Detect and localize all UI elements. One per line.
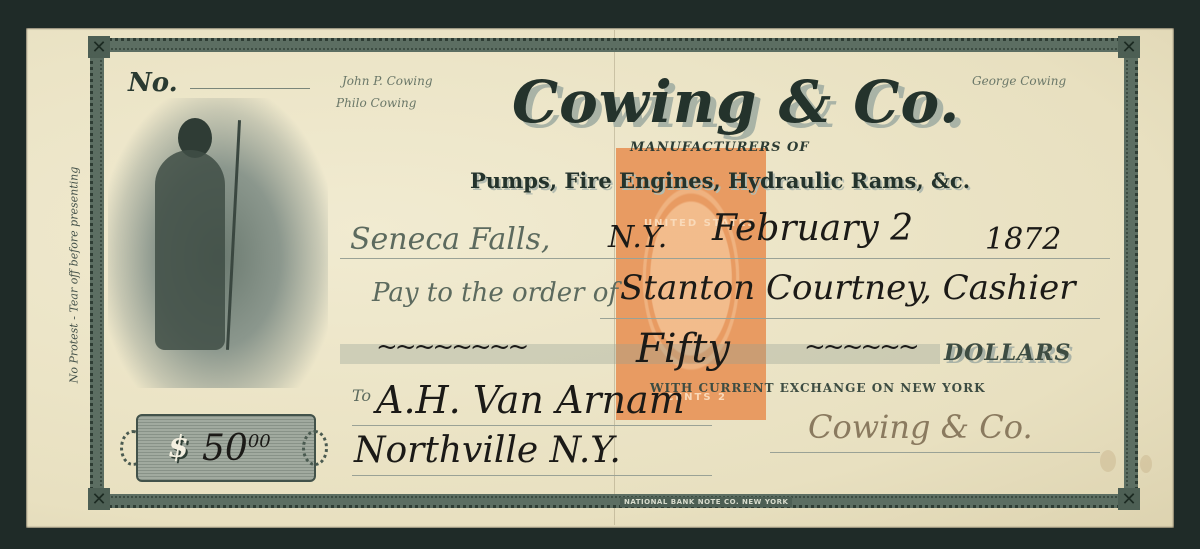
to-label: To — [352, 386, 371, 405]
amount-box-panel: $ 5000 — [136, 414, 316, 482]
date-year: 1872 — [985, 222, 1061, 257]
drawee-line — [352, 425, 712, 426]
exchange-note: WITH CURRENT EXCHANGE ON NEW YORK — [650, 381, 986, 395]
products-line: Pumps, Fire Engines, Hydraulic Rams, &c. — [470, 168, 970, 193]
drawee-location: Northville N.Y. — [354, 430, 621, 471]
officer-name: John P. Cowing — [342, 74, 433, 88]
payee-line — [600, 318, 1100, 319]
signature-line — [770, 452, 1100, 453]
side-notice: No Protest - Tear off before presenting — [64, 150, 84, 400]
amount-words: Fifty — [636, 326, 730, 372]
amount-box: $ 5000 — [118, 410, 330, 482]
serial-label: No. — [128, 68, 178, 98]
manufacturers-label: MANUFACTURERS OF — [630, 140, 810, 155]
amount-numeric: 5000 — [202, 428, 271, 469]
officer-name: George Cowing — [972, 74, 1066, 88]
place-printed: Seneca Falls, — [350, 222, 550, 257]
corner-ornament-icon: ✕ — [88, 488, 110, 510]
paper-stain — [1140, 455, 1152, 473]
date-month-day: February 2 — [712, 208, 913, 249]
date-line — [340, 258, 1110, 259]
signature: Cowing & Co. — [808, 408, 1033, 446]
currency-symbol: $ — [168, 430, 189, 465]
place-handwritten: N.Y. — [608, 220, 667, 255]
location-line — [352, 475, 712, 476]
paper-stain — [1100, 450, 1116, 472]
vignette-figure-body — [155, 150, 225, 350]
officer-name: Philo Cowing — [336, 96, 416, 110]
payee-field: Stanton Courtney, Cashier — [620, 268, 1075, 308]
amount-cents: 00 — [248, 431, 271, 452]
dollars-label: DOLLARS — [944, 340, 1071, 366]
amount-box-ornament-right — [302, 430, 328, 466]
corner-ornament-icon: ✕ — [1118, 36, 1140, 58]
company-name: Cowing & Co. — [512, 68, 960, 136]
fill-squiggle: ~~~~~~ — [804, 332, 917, 362]
pay-to-label: Pay to the order of — [372, 278, 618, 308]
amount-dollars: 50 — [202, 428, 248, 469]
fill-squiggle: ~~~~~~~~ — [376, 332, 526, 362]
corner-ornament-icon: ✕ — [1118, 488, 1140, 510]
printer-imprint: NATIONAL BANK NOTE CO. NEW YORK — [620, 497, 792, 507]
drawee-name: A.H. Van Arnam — [376, 378, 685, 422]
serial-line — [190, 88, 310, 89]
corner-ornament-icon: ✕ — [88, 36, 110, 58]
